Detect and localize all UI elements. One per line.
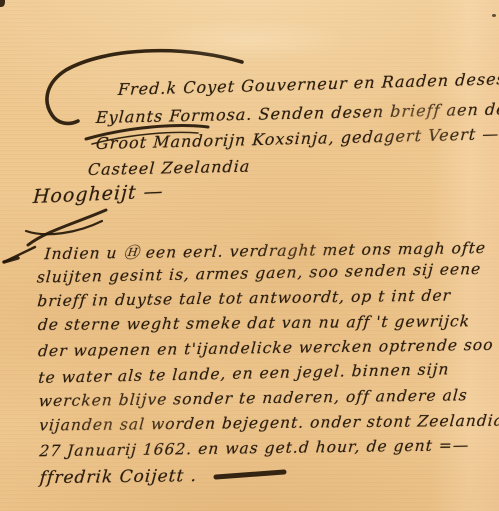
manuscript-page: Fred.k Coyet Gouverneur en Raaden deses … (0, 0, 499, 511)
paper-speck-top-right (492, 14, 496, 17)
salutation-flourish (28, 210, 106, 245)
heading-line-3: Groot Mandorijn Koxsinja, gedagert Veert… (95, 124, 499, 153)
signature: ffredrik Coijett . (39, 461, 499, 494)
paper-speck-top-left (0, 0, 5, 7)
heading-line-1: Fred.k Coyet Gouverneur en Raaden deses (117, 69, 499, 99)
margin-check-mark (4, 247, 35, 262)
heading-line-2: Eylants Formosa. Senden desen brieff aen… (95, 99, 499, 127)
salutation: Hoogheijt — (32, 180, 164, 208)
salutation-flourish-cross (26, 221, 102, 234)
margin-check-mark-barb (4, 258, 18, 262)
heading-line-4: Casteel Zeelandia (87, 157, 251, 179)
letter-body: Indien u Ⓗ een eerl. verdraght met ons m… (36, 236, 499, 493)
